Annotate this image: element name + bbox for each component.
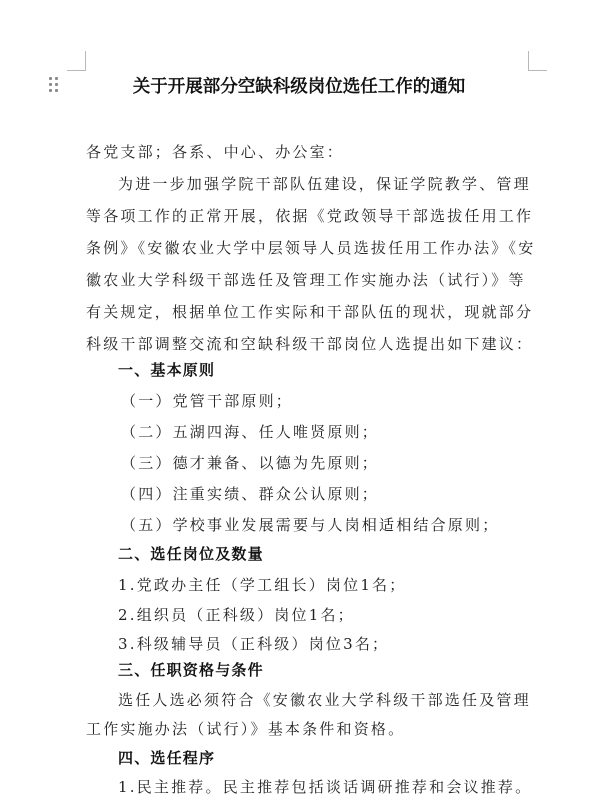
intro-line: 为进一步加强学院干部队伍建设，保证学院教学、管理 bbox=[118, 173, 531, 194]
position-item: 2.组织员（正科级）岗位1名； bbox=[118, 604, 355, 625]
document-title: 关于开展部分空缺科级岗位选任工作的通知 bbox=[0, 73, 598, 98]
qualification-line: 工作实施办法（试行）》基本条件和资格。 bbox=[86, 718, 405, 739]
section-heading-principles: 一、基本原则 bbox=[118, 359, 215, 380]
section-heading-positions: 二、选任岗位及数量 bbox=[118, 543, 264, 564]
intro-line: 科级干部调整交流和空缺科级干部岗位人选提出如下建议： bbox=[86, 333, 533, 354]
salutation: 各党支部；各系、中心、办公室： bbox=[86, 141, 344, 162]
qualification-line: 选任人选必须符合《安徽农业大学科级干部选任及管理 bbox=[118, 689, 531, 710]
principle-item: （三）德才兼备、以德为先原则； bbox=[121, 452, 379, 473]
principle-item: （四）注重实绩、群众公认原则； bbox=[121, 483, 379, 504]
margin-corner-top-right bbox=[528, 51, 547, 71]
position-item: 3.科级辅导员（正科级）岗位3名； bbox=[118, 633, 389, 654]
margin-corner-top-left bbox=[67, 51, 86, 71]
principle-item: （五）学校事业发展需要与人岗相适相结合原则； bbox=[121, 514, 499, 535]
intro-line: 有关规定，根据单位工作实际和干部队伍的现状，现就部分 bbox=[86, 301, 533, 322]
intro-line: 徽农业大学科级干部选任及管理工作实施办法（试行）》等 bbox=[86, 269, 526, 290]
principle-item: （二）五湖四海、任人唯贤原则； bbox=[121, 421, 379, 442]
position-item: 1.党政办主任（学工组长）岗位1名； bbox=[118, 574, 406, 595]
principle-item: （一）党管干部原则； bbox=[121, 390, 293, 411]
section-heading-procedure: 四、选任程序 bbox=[118, 747, 215, 768]
section-heading-qualifications: 三、任职资格与条件 bbox=[118, 659, 264, 680]
procedure-item: 1.民主推荐。民主推荐包括谈话调研推荐和会议推荐。 bbox=[118, 776, 532, 797]
intro-line: 条例》《安徽农业大学中层领导人员选拔任用工作办法》《安 bbox=[86, 237, 535, 258]
intro-line: 等各项工作的正常开展，依据《党政领导干部选拔任用工作 bbox=[86, 205, 533, 226]
